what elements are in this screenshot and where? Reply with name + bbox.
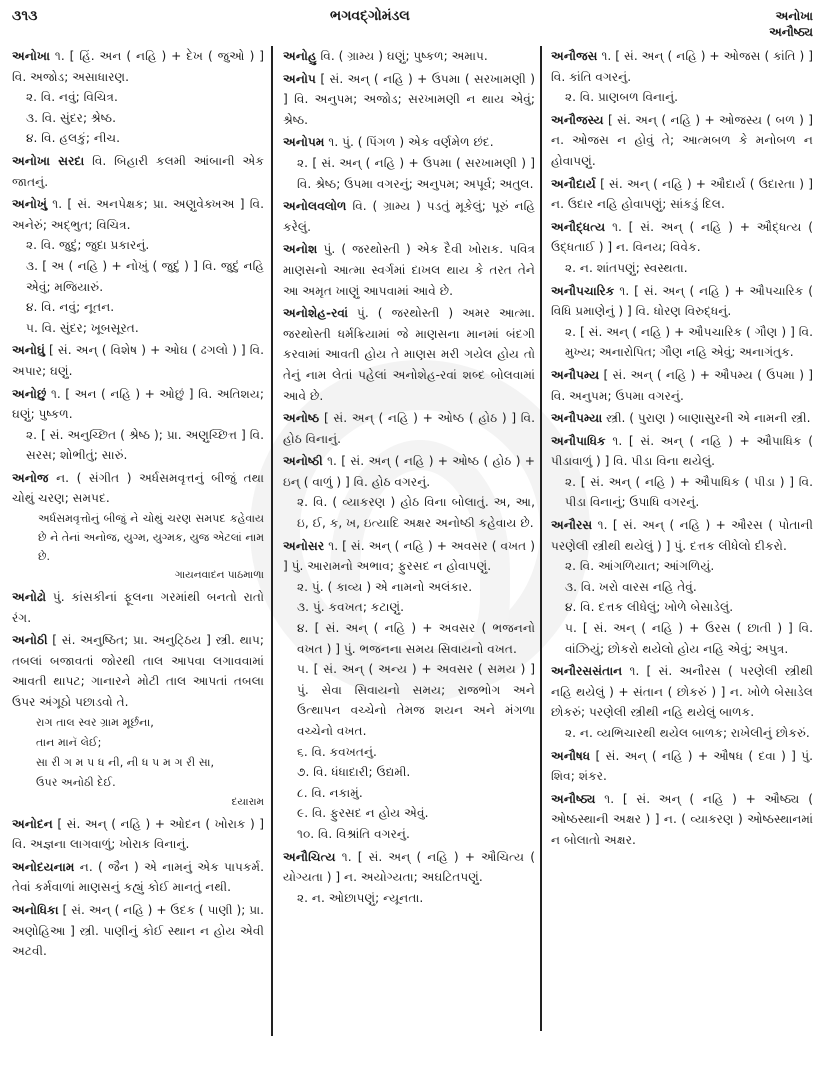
entry-definition: અનોપમ ૧. પું. ( પિંગળ ) એક વર્ણમેળ છંદ. [283, 132, 535, 153]
entry-text: ૧. [ સં. અનપેક્ષક; પ્રા. અણુવેક્ખઅ ] વિ.… [12, 197, 264, 232]
dictionary-page: ૩૧૩ ભગવદ્ગોમંડલ અનોખા અનૌષ્ઠ્ય અનોખા ૧. … [0, 0, 825, 1068]
entry-headword: અનૌરસ [551, 518, 592, 532]
entry-sense: ૧૦. વિ. વિશ્રાંતિ વગરનું. [283, 824, 535, 845]
entry-headword: અનૌપાધિક [551, 434, 606, 448]
entry-definition: અનૌષ્ઠ્ય ૧. [ સં. અન્ ( નહિ ) + ઔષ્ઠ્ય (… [551, 789, 813, 851]
entry-headword: અનૌરસસંતાન [551, 664, 622, 678]
entry-sense: ૮. વિ. નકામું. [283, 783, 535, 804]
dictionary-entry: અનોશેહ-રવાં પું. ( જરથોસ્તી ) અમર આત્મા.… [283, 303, 535, 406]
entry-sense: ૨. [ સં. અન્ ( નહિ ) + ઔપચારિક ( ગૌણ ) ]… [551, 322, 813, 363]
entry-headword: અનોધિકા [12, 903, 59, 917]
entry-sense: ૨. [ સં. અન્ ( નહિ ) + ઔપાધિક ( પીડા ) ]… [551, 472, 813, 513]
entry-definition: અનોજ ન. ( સંગીત ) અર્ધસમવૃત્તનું બીજું ત… [12, 468, 264, 509]
entry-headword: અનોશ [283, 242, 317, 256]
entry-verse-line: ઉપર અનોઠી દેઈ. [12, 773, 264, 793]
dictionary-entry: અનૌદ્ધત્ય ૧. [ સં. અન્ ( નહિ ) + ઔદ્ધત્ય… [551, 217, 813, 279]
entry-sense: ૪. વિ. નવું; નૂતન. [12, 297, 264, 318]
dictionary-entry: અનોજ ન. ( સંગીત ) અર્ધસમવૃત્તનું બીજું ત… [12, 468, 264, 585]
quotation-source: ગાયનવાદન પાઠમાળા [12, 566, 264, 585]
entry-sense: ૨. ન. શાંતપણું; સ્વસ્થતા. [551, 258, 813, 279]
entry-headword: અનોપ [283, 72, 316, 86]
entry-headword: અનોશેહ-રવાં [283, 306, 348, 320]
entry-definition: અનોશ પું. ( જરથોસ્તી ) એક દૈવી ખોરાક. પવ… [283, 239, 535, 301]
entry-definition: અનોલવલોળ વિ. ( ગ્રામ્ય ) પડતું મૂકેલું; … [283, 196, 535, 237]
entry-definition: અનૌરસ ૧. [ સં. અન્ ( નહિ ) + ઔરસ ( પોતાન… [551, 515, 813, 556]
dictionary-entry: અનૌદાર્ય [ સં. અન્ ( નહિ ) + ઔદાર્ય ( ઉદ… [551, 174, 813, 215]
dictionary-entry: અનૌપાધિક ૧. [ સં. અન્ ( નહિ ) + ઔપાધિક (… [551, 431, 813, 513]
entry-text: વિ. ( ગ્રામ્ય ) ઘણું; પુષ્કળ; અમાપ. [321, 49, 488, 63]
dictionary-entry: અનૌરસ ૧. [ સં. અન્ ( નહિ ) + ઔરસ ( પોતાન… [551, 515, 813, 659]
entry-definition: અનોદન [ સં. અન્ ( નહિ ) + ઓદન ( ખોરાક ) … [12, 814, 264, 855]
entry-definition: અનૌપમ્ય [ સં. અન્ ( નહિ ) + ઔપમ્ય ( ઉપમા… [551, 365, 813, 406]
entry-headword: અનૌચિત્ય [283, 850, 336, 864]
dictionary-entry: અનૌષ્ઠ્ય ૧. [ સં. અન્ ( નહિ ) + ઔષ્ઠ્ય (… [551, 789, 813, 851]
entry-text: સ્ત્રી. ( પુરાણ ) બાણાસુરની એ નામની સ્ત્… [606, 411, 810, 425]
entry-sense: ૨. [ સં. અનુચ્છિત ( શ્રેષ્ઠ ); પ્રા. અણુ… [12, 425, 264, 466]
entry-text: પું. ( જરથોસ્તી ) એક દૈવી ખોરાક. પવિત્ર … [283, 242, 535, 297]
entry-sense: ૬. વિ. કવખતનું. [283, 742, 535, 763]
entry-sense: ૨. વિ. ( વ્યાકરણ ) હોઠ વિના બોલાતું. અ, … [283, 492, 535, 533]
entry-text: પું. ( જરથોસ્તી ) અમર આત્મા. જરથોસ્તી ધર… [283, 306, 535, 402]
entry-sense: ૭. વિ. ધંધાદારી; ઉદ્યમી. [283, 762, 535, 783]
entry-quotation: અર્ધસમવૃત્તોનું બીજું ને ચોથું ચરણ સમપદ … [12, 509, 264, 566]
entry-definition: અનોષ્ઠ [ સં. અન્ ( નહિ ) + ઓષ્ઠ ( હોઠ ) … [283, 408, 535, 449]
entry-text: [ સં. અન્ ( નહિ ) + ઉપમા ( સરખામણી ) ] વ… [283, 72, 535, 127]
dictionary-entry: અનોખા ૧. [ હિં. અન ( નહિ ) + દેખ ( જુઓ )… [12, 46, 264, 149]
entry-sense: ૪. [ સં. અન્ ( નહિ ) + અવસર ( ભજનનો વખત … [283, 618, 535, 659]
entry-headword: અનૌપચારિક [551, 284, 614, 298]
entry-headword: અનોખા [12, 49, 50, 63]
entry-definition: અનૌષધ [ સં. અન્ ( નહિ ) + ઔષધ ( દવા ) ] … [551, 746, 813, 787]
entry-definition: અનોખા ૧. [ હિં. અન ( નહિ ) + દેખ ( જુઓ )… [12, 46, 264, 87]
dictionary-entry: અનોદન [ સં. અન્ ( નહિ ) + ઓદન ( ખોરાક ) … [12, 814, 264, 855]
entry-sense: ૨. વિ. નવું; વિચિત્ર. [12, 87, 264, 108]
entry-definition: અનૌચિત્ય ૧. [ સં. અન્ ( નહિ ) + ઔચિત્ય (… [283, 847, 535, 888]
entry-headword: અનોદન [12, 817, 53, 831]
entry-definition: અનોઘું [ સં. અન્ ( વિશેષ ) + ઓઘ ( ઢગલો )… [12, 340, 264, 381]
entry-definition: અનૌદાર્ય [ સં. અન્ ( નહિ ) + ઔદાર્ય ( ઉદ… [551, 174, 813, 215]
page-number: ૩૧૩ [12, 8, 38, 24]
dictionary-entry: અનોષ્ઠ [ સં. અન્ ( નહિ ) + ઓષ્ઠ ( હોઠ ) … [283, 408, 535, 449]
entry-text: [ સં. અન્ ( નહિ ) + ઔષધ ( દવા ) ] પું. શ… [551, 749, 813, 784]
entry-text: [ સં. અન્ ( વિશેષ ) + ઓઘ ( ઢગલો ) ] વિ. … [12, 343, 264, 378]
column-2: અનોહુ વિ. ( ગ્રામ્ય ) ઘણું; પુષ્કળ; અમાપ… [283, 46, 535, 1056]
entry-headword: અનોખું [12, 197, 47, 211]
entry-definition: અનૌદ્ધત્ય ૧. [ સં. અન્ ( નહિ ) + ઔદ્ધત્ય… [551, 217, 813, 258]
entry-definition: અનોશેહ-રવાં પું. ( જરથોસ્તી ) અમર આત્મા.… [283, 303, 535, 406]
dictionary-entry: અનોદયનામ ન. ( જૈન ) એ નામનું એક પાપકર્મ.… [12, 857, 264, 898]
entry-headword: અનોલવલોળ [283, 199, 347, 213]
entry-definition: અનોષ્ઠી ૧. [ સં. અન્ ( નહિ ) + ઓષ્ઠ ( હો… [283, 451, 535, 492]
entry-headword: અનોછું [12, 387, 46, 401]
entry-text: [ સં. અનુષ્ઠિત; પ્રા. અનુટ્ઠિય ] સ્ત્રી.… [12, 633, 264, 709]
entry-headword: અનોપમ [283, 135, 325, 149]
entry-headword: અનોષ્ઠી [283, 454, 323, 468]
entry-verse-line: સા રી ગ મ પ ધ ની, ની ધ પ મ ગ રી સા, [12, 753, 264, 773]
dictionary-entry: અનોલવલોળ વિ. ( ગ્રામ્ય ) પડતું મૂકેલું; … [283, 196, 535, 237]
entry-headword: અનોહુ [283, 49, 317, 63]
dictionary-entry: અનોઠી [ સં. અનુષ્ઠિત; પ્રા. અનુટ્ઠિય ] સ… [12, 630, 264, 811]
column-divider [271, 46, 273, 1036]
column-1: અનોખા ૧. [ હિં. અન ( નહિ ) + દેખ ( જુઓ )… [12, 46, 264, 1056]
page-header: ૩૧૩ ભગવદ્ગોમંડલ અનોખા અનૌષ્ઠ્ય [0, 0, 825, 48]
entry-headword: અનૌપમ્ય [551, 368, 599, 382]
dictionary-entry: અનોઢો પું. કાંસકીનાં ફૂલના ગરમાંથી બનતો … [12, 587, 264, 628]
entry-headword: અનોઢો [12, 590, 46, 604]
entry-headword: અનૌજસ [551, 49, 597, 63]
entry-headword: અનૌદ્ધત્ય [551, 220, 605, 234]
entry-sense: ૫. [ સં. અન્ ( નહિ ) + ઉરસ ( છાતી ) ] વિ… [551, 618, 813, 659]
entry-sense: ૩. વિ. સુંદર; શ્રેષ્ઠ. [12, 108, 264, 129]
entry-headword: અનોખા સરદા [12, 154, 84, 168]
entry-verse-line: રાગ તાલ સ્વર ગ્રામ મૂર્છના, [12, 713, 264, 733]
entry-sense: ૪. વિ. દત્તક લીધેલું; ખોળે બેસાડેલું. [551, 597, 813, 618]
dictionary-entry: અનોહુ વિ. ( ગ્રામ્ય ) ઘણું; પુષ્કળ; અમાપ… [283, 46, 535, 67]
guide-word-first: અનોખા [769, 8, 813, 24]
entry-text: ન. ( સંગીત ) અર્ધસમવૃત્તનું બીજું તથા ચો… [12, 471, 264, 506]
guide-word-last: અનૌષ્ઠ્ય [769, 24, 813, 40]
entry-sense: ૨. ન. વ્યભિચારથી થયેલ બાળક; રાખેલીનું છો… [551, 723, 813, 744]
entry-headword: અનોઘું [12, 343, 45, 357]
dictionary-entry: અનોપમ ૧. પું. ( પિંગળ ) એક વર્ણમેળ છંદ.૨… [283, 132, 535, 194]
dictionary-entry: અનોખું ૧. [ સં. અનપેક્ષક; પ્રા. અણુવેક્ખ… [12, 194, 264, 338]
entry-headword: અનૌજસ્ય [551, 113, 604, 127]
dictionary-entry: અનોધિકા [ સં. અન્ ( નહિ ) + ઉદક ( પાણી )… [12, 900, 264, 962]
dictionary-entry: અનોસર ૧. [ સં. અન્ ( નહિ ) + અવસર ( વખત … [283, 536, 535, 845]
entry-definition: અનોધિકા [ સં. અન્ ( નહિ ) + ઉદક ( પાણી )… [12, 900, 264, 962]
dictionary-entry: અનોછું ૧. [ અન ( નહિ ) + ઓછું ] વિ. અતિશ… [12, 384, 264, 466]
entry-sense: ૨. વિ. જુદું; જુદા પ્રકારનું. [12, 235, 264, 256]
entry-sense: ૪. વિ. હલકું; નીચ. [12, 128, 264, 149]
entry-sense: ૩. પું. કવખત; કટાણું. [283, 597, 535, 618]
entry-definition: અનૌપચારિક ૧. [ સં. અન્ ( નહિ ) + ઔપચારિક… [551, 281, 813, 322]
entry-definition: અનોખા સરદા વિ. બિહારી કલમી આંબાની એક જાત… [12, 151, 264, 192]
entry-sense: ૫. વિ. સુંદર; ખૂબસૂરત. [12, 318, 264, 339]
entry-text: ૧. [ અન ( નહિ ) + ઓછું ] વિ. અતિશય; ઘણું… [12, 387, 264, 422]
entry-definition: અનૌપમ્યા સ્ત્રી. ( પુરાણ ) બાણાસુરની એ ન… [551, 408, 813, 429]
dictionary-entry: અનૌરસસંતાન ૧. [ સં. અનૌરસ ( પરણેલી સ્ત્ર… [551, 661, 813, 743]
column-divider [540, 46, 542, 1031]
dictionary-entry: અનૌચિત્ય ૧. [ સં. અન્ ( નહિ ) + ઔચિત્ય (… [283, 847, 535, 909]
entry-headword: અનોઠી [12, 633, 48, 647]
entry-definition: અનોદયનામ ન. ( જૈન ) એ નામનું એક પાપકર્મ.… [12, 857, 264, 898]
entry-definition: અનૌજસ ૧. [ સં. અન્ ( નહિ ) + ઓજસ ( કાંતિ… [551, 46, 813, 87]
dictionary-entry: અનૌપમ્યા સ્ત્રી. ( પુરાણ ) બાણાસુરની એ ન… [551, 408, 813, 429]
entry-sense: ૨. વિ. આંગળિયાત; આંગળિયું. [551, 556, 813, 577]
dictionary-entry: અનૌજસ્ય [ સં. અન્ ( નહિ ) + ઓજસ્ય ( બળ )… [551, 110, 813, 172]
entry-definition: અનોઢો પું. કાંસકીનાં ફૂલના ગરમાંથી બનતો … [12, 587, 264, 628]
dictionary-entry: અનોઘું [ સં. અન્ ( વિશેષ ) + ઓઘ ( ઢગલો )… [12, 340, 264, 381]
entry-definition: અનોછું ૧. [ અન ( નહિ ) + ઓછું ] વિ. અતિશ… [12, 384, 264, 425]
entry-sense: ૨. ન. ઓછાપણું; ન્યૂનતા. [283, 888, 535, 909]
guide-words: અનોખા અનૌષ્ઠ્ય [769, 8, 813, 40]
entry-sense: ૨. વિ. પ્રાણબળ વિનાનું. [551, 87, 813, 108]
running-title: ભગવદ્ગોમંડલ [330, 8, 410, 24]
entry-sense: ૫. [ સં. અન્ ( અન્ય ) + અવસર ( સમય ) ] પ… [283, 659, 535, 741]
entry-headword: અનોષ્ઠ [283, 411, 319, 425]
dictionary-entry: અનૌપમ્ય [ સં. અન્ ( નહિ ) + ઔપમ્ય ( ઉપમા… [551, 365, 813, 406]
columns: અનોખા ૧. [ હિં. અન ( નહિ ) + દેખ ( જુઓ )… [0, 46, 825, 1061]
entry-definition: અનૌરસસંતાન ૧. [ સં. અનૌરસ ( પરણેલી સ્ત્ર… [551, 661, 813, 723]
entry-sense: ૩. [ અ ( નહિ ) + નોખું ( જુદું ) ] વિ. જ… [12, 256, 264, 297]
entry-definition: અનોખું ૧. [ સં. અનપેક્ષક; પ્રા. અણુવેક્ખ… [12, 194, 264, 235]
entry-sense: ૨. પું. ( કાવ્ય ) એ નામનો અલંકાર. [283, 577, 535, 598]
entry-definition: અનોપ [ સં. અન્ ( નહિ ) + ઉપમા ( સરખામણી … [283, 69, 535, 131]
entry-verse-line: તાન માનૅ લેઈ; [12, 733, 264, 753]
entry-headword: અનોદયનામ [12, 860, 74, 874]
column-3: અનૌજસ ૧. [ સં. અન્ ( નહિ ) + ઓજસ ( કાંતિ… [551, 46, 813, 1056]
entry-text: ૧. [ હિં. અન ( નહિ ) + દેખ ( જુઓ ) ] વિ.… [12, 49, 264, 84]
entry-definition: અનોસર ૧. [ સં. અન્ ( નહિ ) + અવસર ( વખત … [283, 536, 535, 577]
entry-definition: અનૌજસ્ય [ સં. અન્ ( નહિ ) + ઓજસ્ય ( બળ )… [551, 110, 813, 172]
entry-headword: અનોજ [12, 471, 49, 485]
entry-text: પું. કાંસકીનાં ફૂલના ગરમાંથી બનતો રાતો ર… [12, 590, 264, 625]
entry-sense: ૨. [ સં. અન્ ( નહિ ) + ઉપમા ( સરખામણી ) … [283, 153, 535, 194]
dictionary-entry: અનોપ [ સં. અન્ ( નહિ ) + ઉપમા ( સરખામણી … [283, 69, 535, 131]
entry-sense: ૩. વિ. ખરો વારસ નહિ તેવું. [551, 577, 813, 598]
dictionary-entry: અનૌજસ ૧. [ સં. અન્ ( નહિ ) + ઓજસ ( કાંતિ… [551, 46, 813, 108]
entry-text: ૧. પું. ( પિંગળ ) એક વર્ણમેળ છંદ. [328, 135, 493, 149]
entry-headword: અનૌપમ્યા [551, 411, 602, 425]
verse-source: દયારામ [12, 793, 264, 812]
entry-text: [ સં. અન્ ( નહિ ) + ઓષ્ઠ ( હોઠ ) ] વિ. હ… [283, 411, 535, 446]
entry-definition: અનોહુ વિ. ( ગ્રામ્ય ) ઘણું; પુષ્કળ; અમાપ… [283, 46, 535, 67]
dictionary-entry: અનોષ્ઠી ૧. [ સં. અન્ ( નહિ ) + ઓષ્ઠ ( હો… [283, 451, 535, 533]
dictionary-entry: અનૌપચારિક ૧. [ સં. અન્ ( નહિ ) + ઔપચારિક… [551, 281, 813, 363]
dictionary-entry: અનોખા સરદા વિ. બિહારી કલમી આંબાની એક જાત… [12, 151, 264, 192]
entry-headword: અનોસર [283, 539, 324, 553]
entry-headword: અનૌષ્ઠ્ય [551, 792, 596, 806]
entry-definition: અનૌપાધિક ૧. [ સં. અન્ ( નહિ ) + ઔપાધિક (… [551, 431, 813, 472]
entry-sense: ૯. વિ. ફુરસદ ન હોય એવું. [283, 803, 535, 824]
entry-headword: અનૌષધ [551, 749, 590, 763]
entry-definition: અનોઠી [ સં. અનુષ્ઠિત; પ્રા. અનુટ્ઠિય ] સ… [12, 630, 264, 712]
dictionary-entry: અનોશ પું. ( જરથોસ્તી ) એક દૈવી ખોરાક. પવ… [283, 239, 535, 301]
dictionary-entry: અનૌષધ [ સં. અન્ ( નહિ ) + ઔષધ ( દવા ) ] … [551, 746, 813, 787]
entry-headword: અનૌદાર્ય [551, 177, 596, 191]
